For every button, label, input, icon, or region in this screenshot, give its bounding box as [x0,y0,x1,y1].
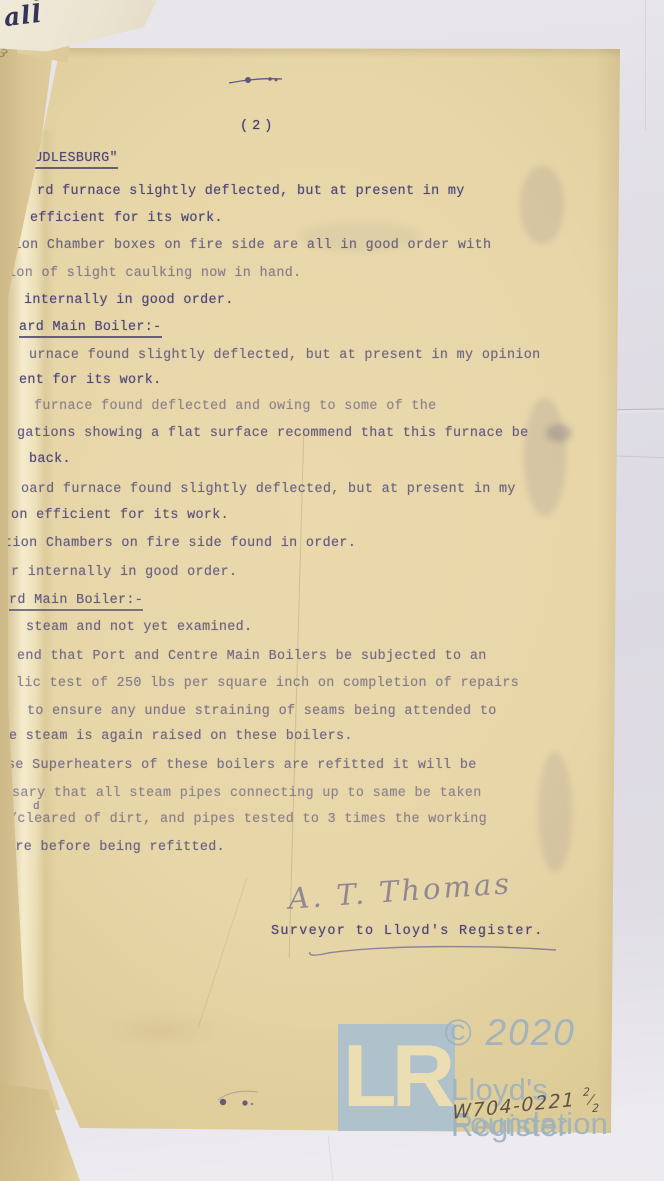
typed-line: back. [29,452,71,467]
backing-sheet-crease [328,1135,334,1181]
typed-line: tion Chamber boxes on fire side are all … [5,238,491,253]
reference-fraction: 2⁄2 [583,1092,599,1109]
typed-line: sary that all steam pipes connecting up … [12,786,482,801]
typed-line: internally in good order. [24,293,234,308]
typed-line: urnace found slightly deflected, but at … [29,348,541,363]
ink-blot-marks [212,1082,272,1117]
backing-sheet-crease [645,0,646,130]
typed-line: rd furnace slightly deflected, but at pr… [37,184,465,199]
typed-body: UDLESBURG"rd furnace slightly deflected,… [0,0,664,1181]
typed-line: steam and not yet examined. [26,620,252,635]
scanned-document-view: ȝ ȝ (2) UDLESBURG"rd furnace slightly de… [0,0,664,1181]
typed-line: lic test of 250 lbs per square inch on c… [16,676,519,691]
scrap-handwriting: all [2,0,43,32]
typed-line: e steam is again raised on these boilers… [9,729,353,744]
typed-line: ard Main Boiler:- [19,320,162,338]
typed-line: tion Chambers on fire side found in orde… [4,536,356,551]
typed-line: r internally in good order. [11,565,237,580]
typed-line: furnace found deflected and owing to som… [34,399,437,414]
typed-line: ent for its work. [19,373,162,388]
typed-line: UDLESBURG" [34,151,118,169]
typed-line: ion of slight caulking now in hand. [8,266,302,281]
typed-line: gations showing a flat surface recommend… [17,426,529,441]
typed-line: efficient for its work. [30,211,223,226]
typed-line: /cleared of dirt, and pipes tested to 3 … [9,812,487,827]
document-page: (2) UDLESBURG"rd furnace slightly deflec… [0,0,664,1181]
typed-line: rd Main Boiler:- [9,593,143,611]
typed-line: end that Port and Centre Main Boilers be… [17,649,487,664]
surveyor-title: Surveyor to Lloyd's Register. [271,924,544,939]
signature-flourish [306,942,562,965]
typed-line: oard furnace found slightly deflected, b… [21,482,516,497]
typed-line: to ensure any undue straining of seams b… [27,704,497,719]
typed-line: ure before being refitted. [7,840,225,855]
typed-line: se Superheaters of these boilers are ref… [7,758,477,773]
typed-line: on efficient for its work. [11,508,229,523]
